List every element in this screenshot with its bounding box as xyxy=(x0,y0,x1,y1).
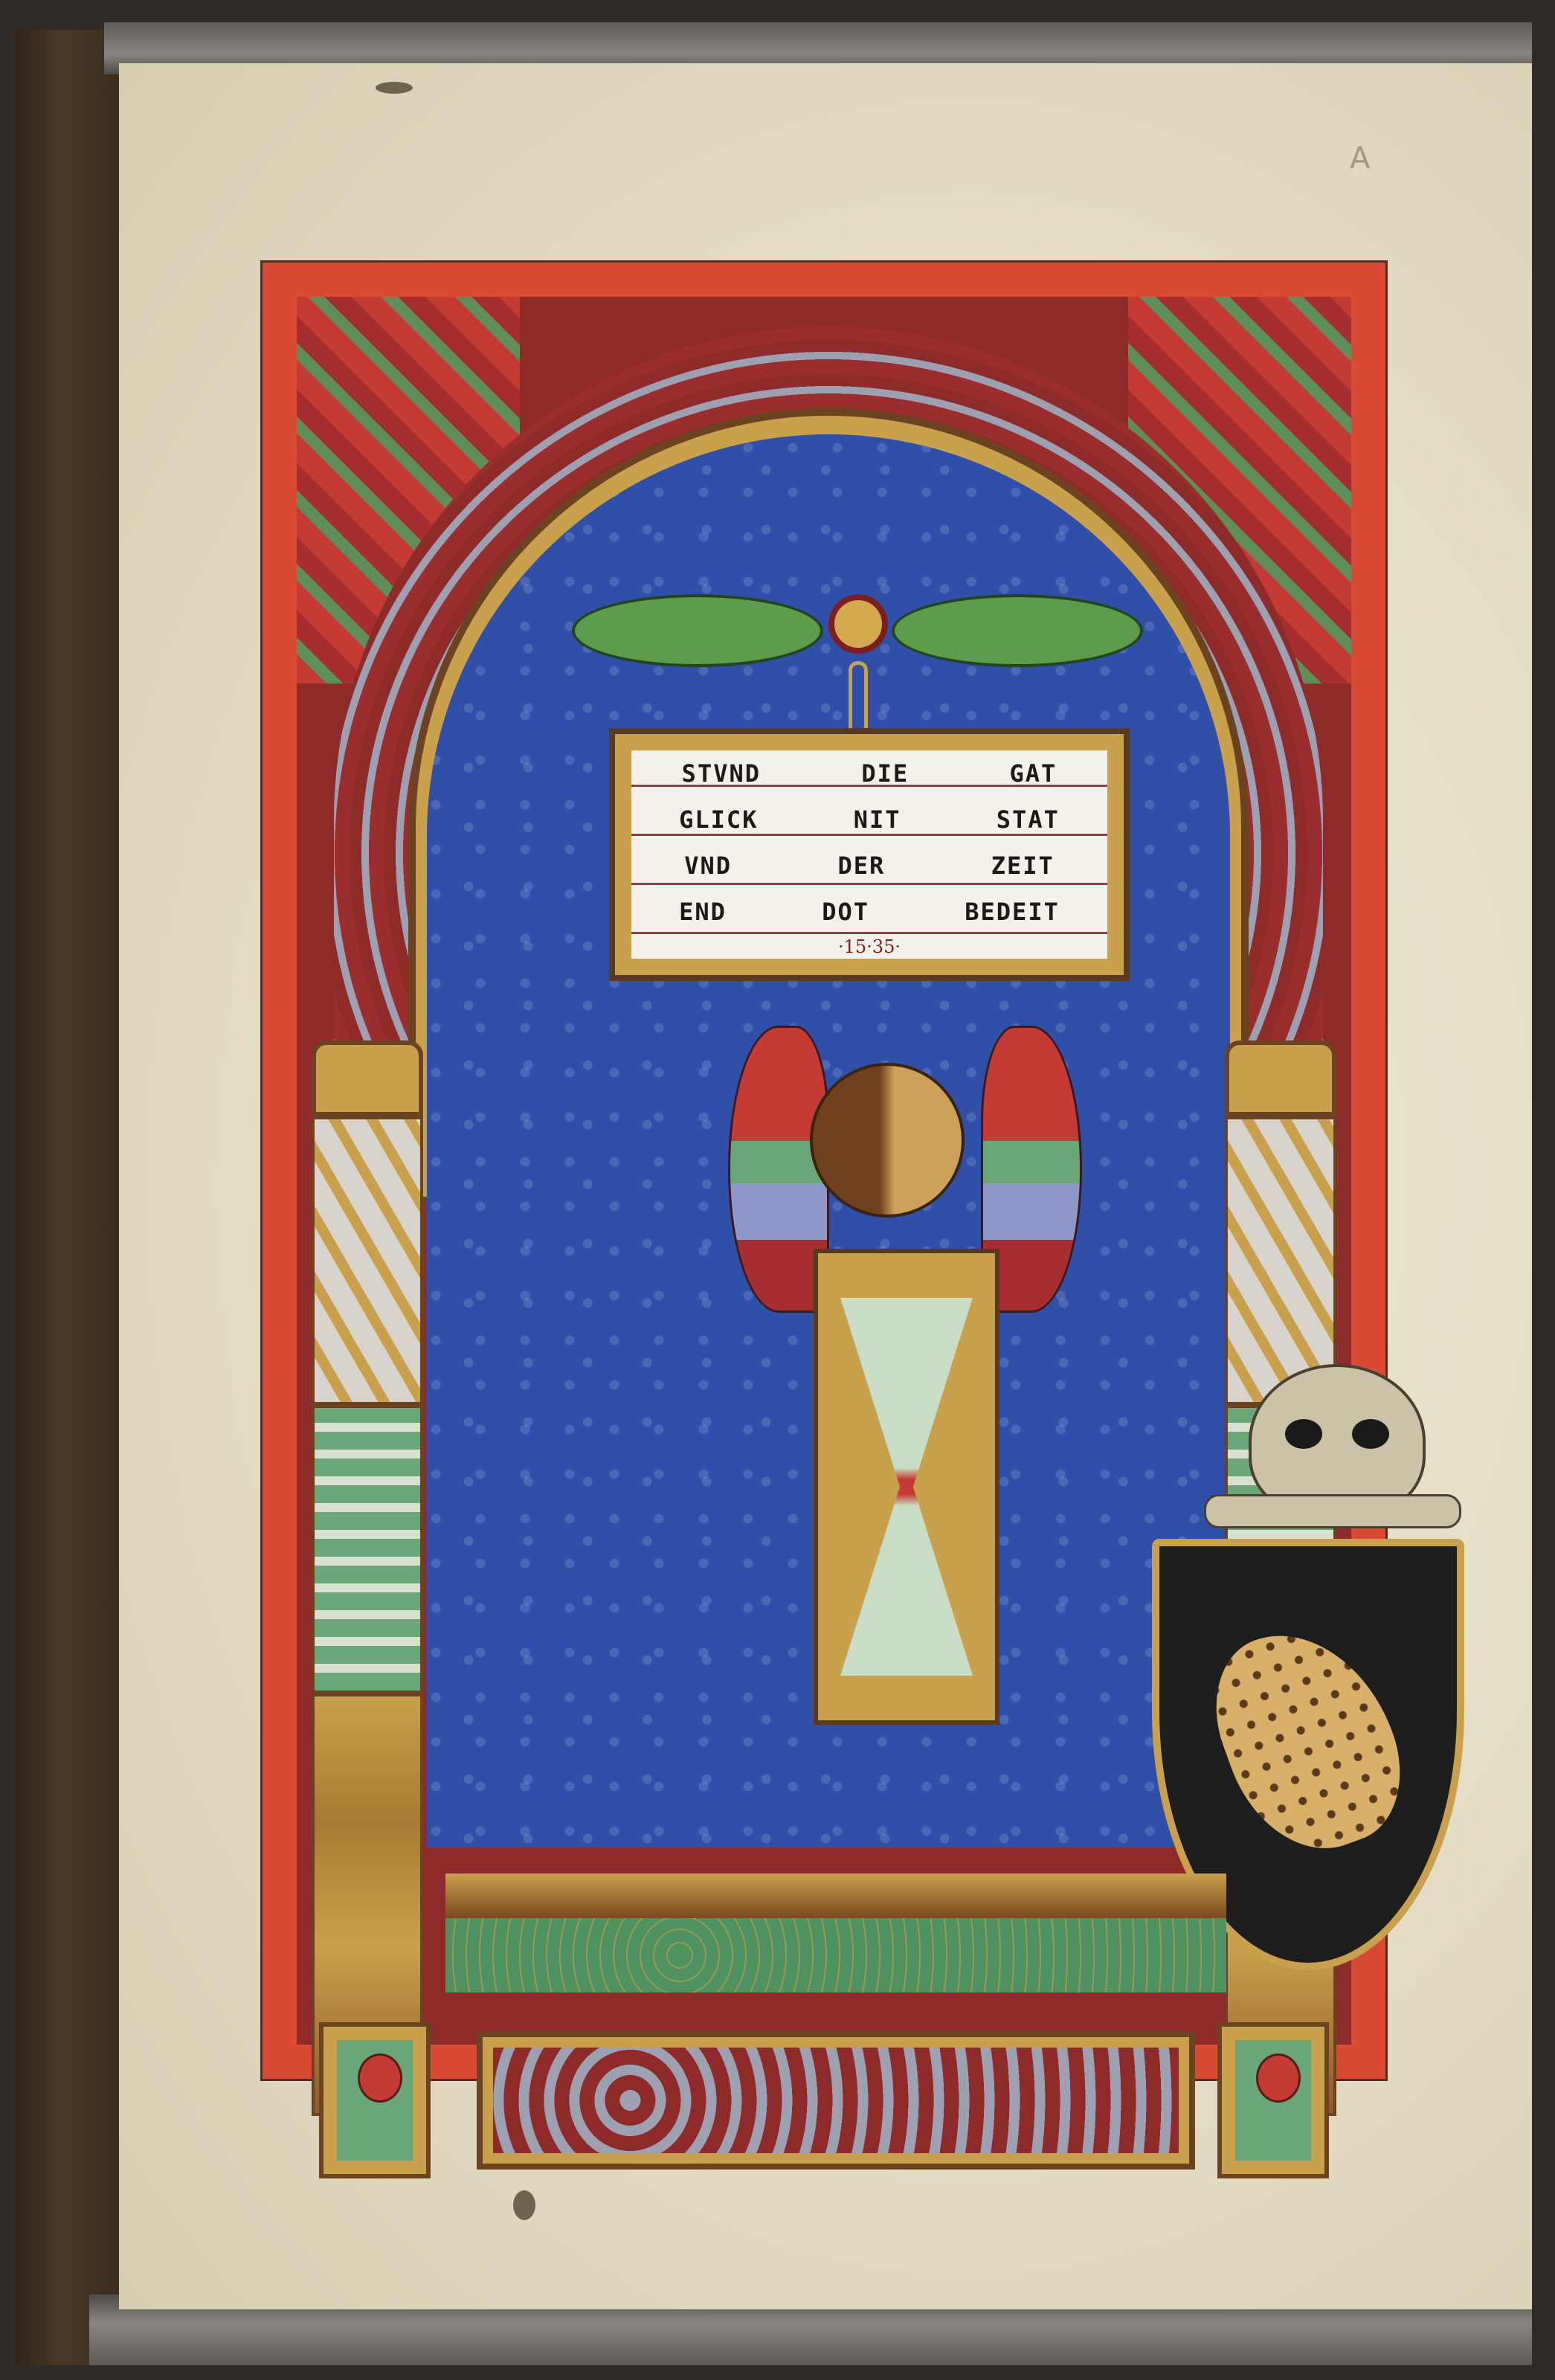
inscription-word: DOT xyxy=(822,898,869,926)
inscription-word: DER xyxy=(837,852,885,880)
inscription-line: END DOT BEDEIT xyxy=(631,889,1107,935)
inscription-word: STAT xyxy=(997,805,1060,834)
column-capital xyxy=(1225,1041,1336,1116)
inscription-word: ZEIT xyxy=(991,852,1055,880)
cherub-field xyxy=(337,2040,413,2161)
tablet-ruled-panel: STVND DIE GAT GLICK NIT STAT VND DER ZEI… xyxy=(631,750,1107,959)
inscription-word: GLICK xyxy=(679,805,758,834)
skull-eye xyxy=(1352,1419,1389,1449)
rosette-icon xyxy=(828,594,888,654)
green-damask-band xyxy=(445,1918,1226,1993)
inscription-tablet: STVND DIE GAT GLICK NIT STAT VND DER ZEI… xyxy=(609,728,1130,981)
grotesque-predella xyxy=(483,2037,1189,2164)
left-cherub-panel xyxy=(319,2022,431,2178)
laurel-leaf-icon xyxy=(572,594,823,667)
inscription-word: BEDEIT xyxy=(965,898,1060,926)
skull-eye xyxy=(1285,1419,1322,1449)
crossed-bones-icon xyxy=(1204,1494,1461,1528)
column-shaft-twisted xyxy=(312,1116,423,1405)
laurel-garland xyxy=(572,579,1137,676)
inscription-line: VND DER ZEIT xyxy=(631,843,1107,889)
column-shaft-foliate xyxy=(312,1405,423,1694)
inscription-word: DIE xyxy=(861,759,909,788)
ink-stain xyxy=(513,2190,535,2220)
gilded-ledge xyxy=(445,1874,1226,1918)
ink-stain xyxy=(376,82,413,94)
left-column xyxy=(312,1041,423,2097)
shelfmark: A xyxy=(1350,141,1370,176)
inscription-word: NIT xyxy=(854,805,901,834)
winged-orb-icon xyxy=(810,1063,965,1218)
column-capital xyxy=(312,1041,423,1116)
cherub-icon xyxy=(1256,2053,1301,2103)
inscription-line: GLICK NIT STAT xyxy=(631,797,1107,843)
inscription-word: STVND xyxy=(682,759,761,788)
cherub-field xyxy=(1235,2040,1311,2161)
laurel-leaf-icon xyxy=(892,594,1143,667)
cherub-icon xyxy=(358,2053,402,2103)
hourglass-glass xyxy=(840,1298,973,1676)
hourglass-icon xyxy=(814,1249,999,1725)
rampant-leopard-icon xyxy=(1193,1606,1423,1872)
inscription-line: STVND DIE GAT xyxy=(631,750,1107,797)
leather-spine xyxy=(15,30,126,2365)
right-cherub-panel xyxy=(1217,2022,1329,2178)
inscription-word: VND xyxy=(684,852,732,880)
inscription-date: ·15·35· xyxy=(631,936,1107,957)
column-shaft-twisted xyxy=(1225,1116,1336,1405)
frame-inner: STVND DIE GAT GLICK NIT STAT VND DER ZEI… xyxy=(297,297,1351,2045)
inscription-word: END xyxy=(679,898,727,926)
inscription-word: GAT xyxy=(1010,759,1057,788)
book-binding: A xyxy=(0,0,1555,2380)
illumination-frame: STVND DIE GAT GLICK NIT STAT VND DER ZEI… xyxy=(260,260,1388,2081)
